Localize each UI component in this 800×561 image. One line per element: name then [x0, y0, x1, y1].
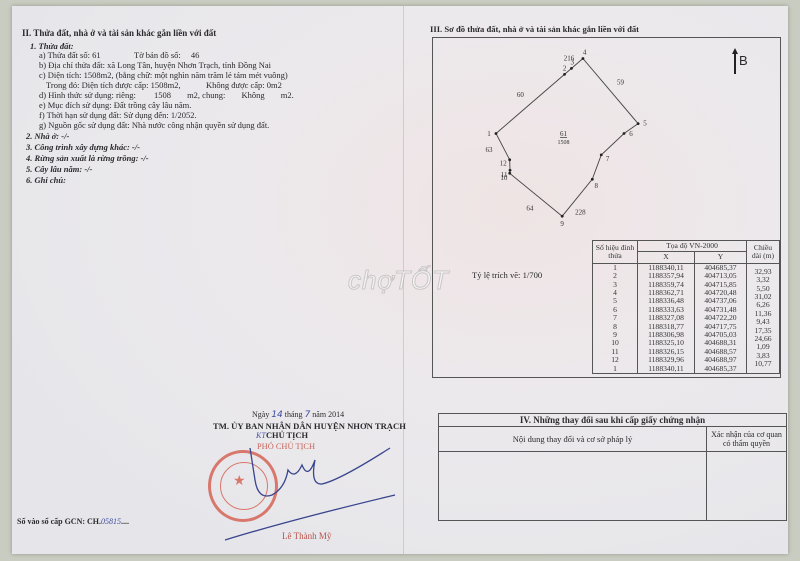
drawing-scale: Tỷ lệ trích vẽ: 1/700: [472, 270, 542, 280]
col-authority-confirm: Xác nhận của cơ quan có thẩm quyền: [707, 427, 786, 451]
parcel-area-label: 1508: [558, 140, 570, 146]
coordinate-cell-len: [747, 369, 780, 378]
col-vertex: Số hiệu đỉnh thửa: [593, 241, 638, 264]
coordinate-table: Số hiệu đỉnh thửa Tọa độ VN-2000 Chiều d…: [592, 240, 780, 374]
neighbor-parcel-label: 64: [526, 204, 534, 212]
vertex-marker: [495, 132, 498, 135]
coordinate-cell-len: 10,77: [747, 360, 780, 368]
changes-table: IV. Những thay đổi sau khi cấp giấy chứn…: [438, 413, 787, 521]
col-change-content: Nội dung thay đổi và cơ sở pháp lý: [439, 427, 707, 451]
vertex-marker: [570, 67, 573, 70]
col-length: Chiều dài (m): [747, 241, 780, 264]
coordinate-cell-v: 1: [593, 365, 638, 374]
vertex-label: 8: [595, 182, 599, 190]
parcel-number-label: 61: [560, 130, 568, 138]
vertex-marker: [591, 178, 594, 181]
vertex-marker: [637, 122, 640, 125]
coordinate-cell-y: 404685,37: [694, 365, 746, 374]
vertex-marker: [582, 57, 585, 60]
neighbor-parcel-label: 60: [517, 91, 525, 99]
vertex-marker: [563, 73, 566, 76]
vertex-marker: [508, 172, 511, 175]
neighbor-parcel-label: 59: [617, 78, 625, 86]
vertex-label: 2: [563, 64, 567, 72]
authority-confirm-cell: [707, 452, 786, 520]
vertex-label: 6: [629, 130, 633, 138]
vertex-marker: [561, 215, 564, 218]
vertex-label: 11: [501, 171, 508, 179]
col-x: X: [638, 252, 695, 263]
vertex-label: 5: [643, 119, 647, 127]
col-coords: Tọa độ VN-2000: [638, 241, 747, 252]
change-content-cell: [439, 452, 707, 520]
vertex-marker: [509, 169, 512, 172]
vertex-marker: [600, 153, 603, 156]
vertex-label: 12: [500, 159, 508, 167]
section4-title: IV. Những thay đổi sau khi cấp giấy chứn…: [439, 414, 786, 427]
vertex-label: 7: [606, 155, 610, 163]
watermark: chợTỐT: [348, 265, 449, 296]
coordinate-row: 11188340,11404685,3732,93: [593, 263, 780, 272]
vertex-label: 9: [560, 220, 564, 228]
neighbor-parcel-label: 228: [575, 208, 586, 216]
neighbor-parcel-label: 216: [564, 54, 575, 62]
col-y: Y: [694, 252, 746, 263]
vertex-marker: [508, 158, 511, 161]
coordinate-cell-x: 1188340,11: [638, 365, 695, 374]
vertex-label: 1: [487, 130, 491, 138]
vertex-label: 4: [583, 49, 587, 57]
vertex-marker: [623, 132, 626, 135]
neighbor-parcel-label: 63: [485, 146, 493, 154]
